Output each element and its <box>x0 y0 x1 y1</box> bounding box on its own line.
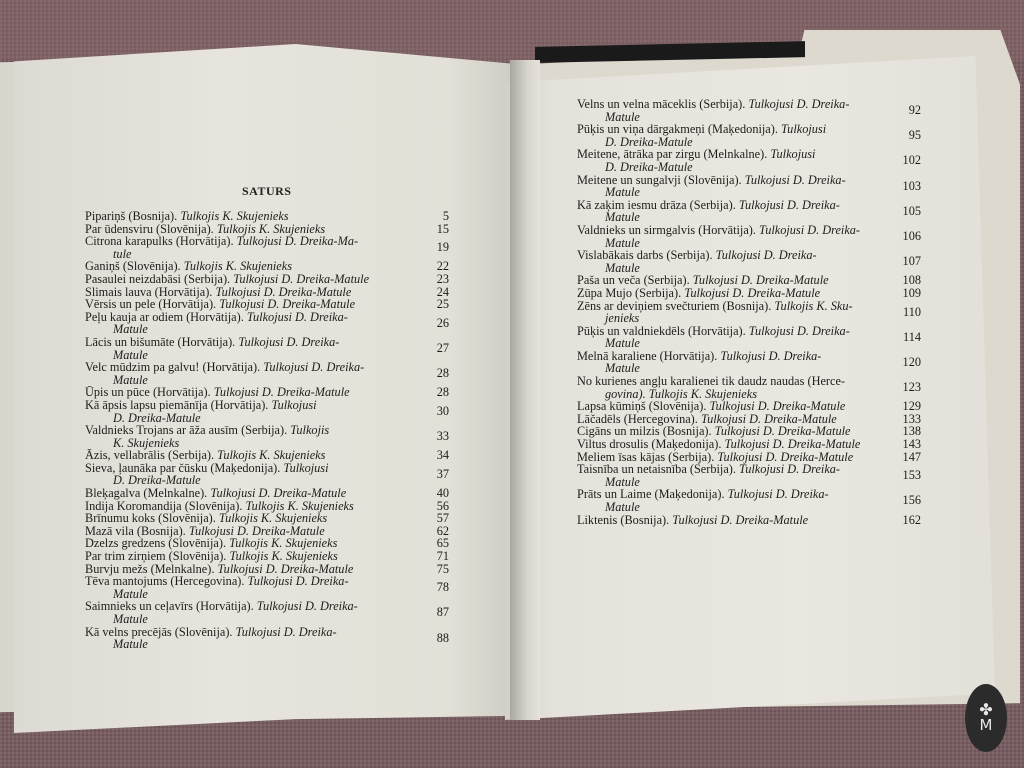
toc-entry: Saimnieks un ceļavīrs (Horvātija). Tulko… <box>85 600 415 625</box>
entry-page-number: 123 <box>891 381 921 394</box>
entry-page-number: 15 <box>419 223 449 236</box>
toc-entry: Kā zaķim iesmu drāza (Serbija). Tulkojus… <box>577 199 887 224</box>
entry-title: Liktenis (Bosnija). <box>577 513 669 527</box>
entry-title: Kā velns precējās (Slovēnija). <box>85 625 233 639</box>
entry-translator: Tulkojis K. Sku- <box>774 299 852 313</box>
toc-entry: Liktenis (Bosnija). Tulkojusi D. Dreika-… <box>577 514 887 527</box>
toc-entry: Kā āpsis lapsu piemānīja (Horvātija). Tu… <box>85 399 415 424</box>
entry-translator: Tulkojusi D. Dreika- <box>248 574 349 588</box>
entry-page-number: 57 <box>419 512 449 525</box>
entry-page-number: 147 <box>891 451 921 464</box>
entry-title-line: Taisnība un netaisnība (Serbija). Tulkoj… <box>577 463 887 476</box>
entry-title-line: Valdnieks un sirmgalvis (Horvātija). Tul… <box>577 224 887 237</box>
entry-translator: Tulkojusi <box>781 122 826 136</box>
entry-page-number: 107 <box>891 255 921 268</box>
entry-page-number: 25 <box>419 298 449 311</box>
entry-page-number: 153 <box>891 469 921 482</box>
entry-page-number: 105 <box>891 205 921 218</box>
toc-entry: Zēns ar deviņiem svečturiem (Bosnija). T… <box>577 300 887 325</box>
entry-page-number: 28 <box>419 367 449 380</box>
entry-page-number: 5 <box>419 210 449 223</box>
toc-entry: Kā velns precējās (Slovēnija). Tulkojusi… <box>85 626 415 651</box>
entry-continuation: Matule <box>85 638 415 651</box>
toc-entry: Vislabākais darbs (Serbija). Tulkojusi D… <box>577 249 887 274</box>
toc-entry: Sieva, ļaunāka par čūsku (Maķedonija). T… <box>85 462 415 487</box>
entry-title: Velc mūdzim pa galvu! (Horvātija). <box>85 360 260 374</box>
entry-translator: Tulkojusi D. Dreika-Ma- <box>237 234 358 248</box>
entry-title: Valdnieks un sirmgalvis (Horvātija). <box>577 223 756 237</box>
toc-entry: Valdnieks un sirmgalvis (Horvātija). Tul… <box>577 224 887 249</box>
entry-translator: Tulkojusi D. Dreika- <box>247 310 348 324</box>
entry-page-number: 110 <box>891 306 921 319</box>
entry-title: Meitene un sungalvji (Slovēnija). <box>577 173 742 187</box>
toc-list-left: Pipariņš (Bosnija). Tulkojis K. Skujenie… <box>85 210 415 651</box>
toc-entry: Meitene, ātrāka par zirgu (Melnkalne). T… <box>577 148 887 173</box>
entry-title: Prāts un Laime (Maķedonija). <box>577 487 725 501</box>
entry-page-number: 19 <box>419 241 449 254</box>
entry-page-number: 103 <box>891 180 921 193</box>
entry-page-number: 75 <box>419 563 449 576</box>
entry-title: Saimnieks un ceļavīrs (Horvātija). <box>85 599 254 613</box>
entry-title: Pūķis un valdniekdēls (Horvātija). <box>577 324 746 338</box>
entry-page-number: 27 <box>419 342 449 355</box>
entry-page-number: 143 <box>891 438 921 451</box>
entry-page-number: 30 <box>419 405 449 418</box>
watermark-logo: ✤ M <box>965 684 1007 752</box>
entry-page-number: 156 <box>891 494 921 507</box>
entry-title-line: Tēva mantojums (Hercegovina). Tulkojusi … <box>85 575 415 588</box>
entry-translator: Tulkojusi D. Dreika- <box>739 462 840 476</box>
entry-translator: Tulkojusi D. Dreika- <box>263 360 364 374</box>
toc-entry: Taisnība un netaisnība (Serbija). Tulkoj… <box>577 463 887 488</box>
entry-title: No kurienes angļu karalienei tik daudz n… <box>577 374 845 388</box>
entry-title: Valdnieks Trojans ar āža ausīm (Serbija)… <box>85 423 287 437</box>
toc-entry: Pūķis un viņa dārgakmeņi (Maķedonija). T… <box>577 123 887 148</box>
entry-page-number: 106 <box>891 230 921 243</box>
entry-translator: Tulkojusi D. Dreika- <box>238 335 339 349</box>
entry-title-line: Velc mūdzim pa galvu! (Horvātija). Tulko… <box>85 361 415 374</box>
toc-entry: Peļu kauja ar odiem (Horvātija). Tulkoju… <box>85 311 415 336</box>
entry-translator: Tulkojis <box>290 423 329 437</box>
entry-page-number: 78 <box>419 581 449 594</box>
entry-page-number: 109 <box>891 287 921 300</box>
entry-title: Tēva mantojums (Hercegovina). <box>85 574 244 588</box>
entry-translator: Tulkojusi D. Dreika- <box>748 97 849 111</box>
toc-entry: Velc mūdzim pa galvu! (Horvātija). Tulko… <box>85 361 415 386</box>
toc-entry: Tēva mantojums (Hercegovina). Tulkojusi … <box>85 575 415 600</box>
entry-translator: Tulkojusi D. Dreika- <box>749 324 850 338</box>
toc-entry: Citrona karapulks (Horvātija). Tulkojusi… <box>85 235 415 260</box>
entry-page-number: 37 <box>419 468 449 481</box>
entry-translator: Tulkojusi D. Dreika- <box>257 599 358 613</box>
entry-translator: Tulkojusi <box>770 147 815 161</box>
entry-page-number: 95 <box>891 129 921 142</box>
toc-entry: Meitene un sungalvji (Slovēnija). Tulkoj… <box>577 174 887 199</box>
entry-title-line: Pūķis un viņa dārgakmeņi (Maķedonija). T… <box>577 123 887 136</box>
entry-page-number: 162 <box>891 514 921 527</box>
entry-page-number: 28 <box>419 386 449 399</box>
toc-entry: Melnā karaliene (Horvātija). Tulkojusi D… <box>577 350 887 375</box>
entry-page-number: 34 <box>419 449 449 462</box>
entry-page-number: 129 <box>891 400 921 413</box>
entry-title-line: Velns un velna māceklis (Serbija). Tulko… <box>577 98 887 111</box>
entry-title: Velns un velna māceklis (Serbija). <box>577 97 745 111</box>
entry-page-number: 40 <box>419 487 449 500</box>
toc-entry: Prāts un Laime (Maķedonija). Tulkojusi D… <box>577 488 887 513</box>
entry-title: Vislabākais darbs (Serbija). <box>577 248 713 262</box>
entry-translator: Tulkojusi D. Dreika- <box>739 198 840 212</box>
entry-page-number: 23 <box>419 273 449 286</box>
entry-title: Kā āpsis lapsu piemānīja (Horvātija). <box>85 398 268 412</box>
entry-page-number: 114 <box>891 331 921 344</box>
toc-entry: Velns un velna māceklis (Serbija). Tulko… <box>577 98 887 123</box>
entry-title: Peļu kauja ar odiem (Horvātija). <box>85 310 244 324</box>
entry-page-number: 26 <box>419 317 449 330</box>
toc-entry: Lācis un bišumāte (Horvātija). Tulkojusi… <box>85 336 415 361</box>
entry-title: Taisnība un netaisnība (Serbija). <box>577 462 736 476</box>
entry-page-number: 120 <box>891 356 921 369</box>
entry-page-number: 102 <box>891 154 921 167</box>
entry-page-number: 71 <box>419 550 449 563</box>
entry-page-number: 92 <box>891 104 921 117</box>
entry-title-line: Lācis un bišumāte (Horvātija). Tulkojusi… <box>85 336 415 349</box>
entry-page-number: 87 <box>419 606 449 619</box>
entry-title-line: Kā āpsis lapsu piemānīja (Horvātija). Tu… <box>85 399 415 412</box>
entry-translator: Tulkojusi D. Dreika- <box>745 173 846 187</box>
toc-list-right: Velns un velna māceklis (Serbija). Tulko… <box>577 98 887 526</box>
entry-translator: Tulkojusi D. Dreika- <box>720 349 821 363</box>
entry-translator: Tulkojusi <box>271 398 316 412</box>
entry-title-line: Vislabākais darbs (Serbija). Tulkojusi D… <box>577 249 887 262</box>
toc-entry: No kurienes angļu karalienei tik daudz n… <box>577 375 887 400</box>
book-gutter <box>510 60 540 720</box>
entry-title-line: Citrona karapulks (Horvātija). Tulkojusi… <box>85 235 415 248</box>
entry-page-number: 88 <box>419 632 449 645</box>
entry-translator: Tulkojusi D. Dreika- <box>759 223 860 237</box>
entry-title-line: No kurienes angļu karalienei tik daudz n… <box>577 375 887 388</box>
entry-translator: Tulkojusi D. Dreika- <box>236 625 337 639</box>
entry-title: Lācis un bišumāte (Horvātija). <box>85 335 235 349</box>
entry-title: Kā zaķim iesmu drāza (Serbija). <box>577 198 736 212</box>
entry-translator: Tulkojusi D. Dreika- <box>716 248 817 262</box>
entry-page-number: 33 <box>419 430 449 443</box>
entry-title: Melnā karaliene (Horvātija). <box>577 349 717 363</box>
entry-translator: Tulkojusi D. Dreika- <box>728 487 829 501</box>
entry-title-line: Valdnieks Trojans ar āža ausīm (Serbija)… <box>85 424 415 437</box>
watermark-letter: M <box>980 718 993 732</box>
entry-translator: Tulkojusi D. Dreika-Matule <box>672 513 808 527</box>
toc-entry: Valdnieks Trojans ar āža ausīm (Serbija)… <box>85 424 415 449</box>
entry-title: Citrona karapulks (Horvātija). <box>85 234 234 248</box>
entry-translator: Tulkojusi <box>283 461 328 475</box>
toc-heading: SATURS <box>242 184 291 199</box>
toc-entry: Pūķis un valdniekdēls (Horvātija). Tulko… <box>577 325 887 350</box>
entry-title-line: Liktenis (Bosnija). Tulkojusi D. Dreika-… <box>577 514 887 527</box>
